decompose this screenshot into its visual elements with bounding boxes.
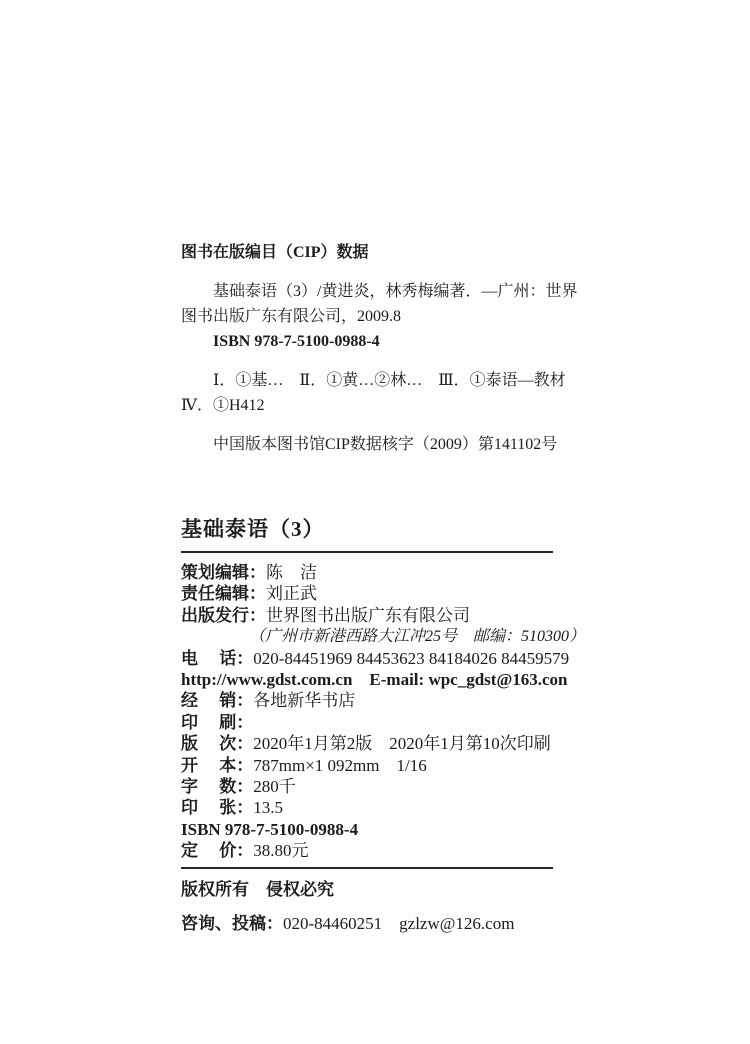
printing-row: 印 刷： <box>181 712 561 733</box>
publisher-row: 出版发行：世界图书出版广东有限公司 <box>181 605 561 626</box>
word-count-row: 字 数：280千 <box>181 776 561 797</box>
planning-editor-row: 策划编辑：陈 洁 <box>181 562 561 583</box>
price-row: 定 价：38.80元 <box>181 840 561 861</box>
cip-isbn: ISBN 978-7-5100-0988-4 <box>181 329 750 354</box>
colophon-block: 基础泰语（3） 策划编辑：陈 洁 责任编辑：刘正武 出版发行：世界图书出版广东有… <box>181 515 561 936</box>
contact-label: 咨询、投稿： <box>181 914 283 933</box>
publisher-label: 出版发行： <box>181 606 266 625</box>
book-copyright-page: 图书在版编目（CIP）数据 基础泰语（3）/黄进炎，林秀梅编著．—广州：世界 图… <box>0 0 750 1044</box>
price-rule <box>181 867 553 869</box>
distribution-row: 经 销：各地新华书店 <box>181 690 561 711</box>
website-email-row: http://www.gdst.com.cn E-mail: wpc_gdst@… <box>181 669 561 690</box>
phone-row: 电 话：020-84451969 84453623 84184026 84459… <box>181 648 561 669</box>
responsible-editor-value: 刘正武 <box>266 584 317 603</box>
price-value: 38.80元 <box>253 841 308 860</box>
word-count-label: 字 数： <box>181 777 253 796</box>
publisher-value: 世界图书出版广东有限公司 <box>266 606 470 625</box>
title-rule <box>181 551 553 553</box>
edition-label: 版 次： <box>181 734 253 753</box>
copyright-notice: 版权所有 侵权必究 <box>181 878 561 902</box>
publication-info: 策划编辑：陈 洁 责任编辑：刘正武 出版发行：世界图书出版广东有限公司 （广州市… <box>181 562 561 862</box>
sheets-value: 13.5 <box>253 798 283 817</box>
responsible-editor-label: 责任编辑： <box>181 584 266 603</box>
printing-label: 印 刷： <box>181 713 253 732</box>
edition-row: 版 次：2020年1月第2版 2020年1月第10次印刷 <box>181 733 561 754</box>
phone-value: 020-84451969 84453623 84184026 84459579 <box>253 649 569 668</box>
responsible-editor-row: 责任编辑：刘正武 <box>181 583 561 604</box>
contact-value: 020-84460251 gzlzw@126.com <box>283 914 514 933</box>
cip-block: 图书在版编目（CIP）数据 基础泰语（3）/黄进炎，林秀梅编著．—广州：世界 图… <box>181 240 750 457</box>
edition-value: 2020年1月第2版 2020年1月第10次印刷 <box>253 734 551 753</box>
cip-classification-line1: Ⅰ．①基… Ⅱ．①黄…②林… Ⅲ．①泰语—教材 <box>181 368 750 393</box>
isbn-row: ISBN 978-7-5100-0988-4 <box>181 819 561 840</box>
sheets-label: 印 张： <box>181 798 253 817</box>
planning-editor-value: 陈 洁 <box>266 563 317 582</box>
cip-entry-line1: 基础泰语（3）/黄进炎，林秀梅编著．—广州：世界 <box>181 279 750 304</box>
price-label: 定 价： <box>181 841 253 860</box>
distribution-value: 各地新华书店 <box>253 691 355 710</box>
contact-row: 咨询、投稿：020-84460251 gzlzw@126.com <box>181 912 561 936</box>
sheets-row: 印 张：13.5 <box>181 797 561 818</box>
cip-classification-line2: Ⅳ．①H412 <box>181 393 750 418</box>
word-count-value: 280千 <box>253 777 296 796</box>
format-value: 787mm×1 092mm 1/16 <box>253 756 426 775</box>
cip-header: 图书在版编目（CIP）数据 <box>181 240 750 265</box>
book-title: 基础泰语（3） <box>181 515 561 543</box>
planning-editor-label: 策划编辑： <box>181 563 266 582</box>
publisher-address: （广州市新港西路大江冲25号 邮编：510300） <box>181 626 561 647</box>
phone-label: 电 话： <box>181 649 253 668</box>
distribution-label: 经 销： <box>181 691 253 710</box>
format-row: 开 本：787mm×1 092mm 1/16 <box>181 755 561 776</box>
format-label: 开 本： <box>181 756 253 775</box>
cip-entry-line2: 图书出版广东有限公司，2009.8 <box>181 304 750 329</box>
cip-registry: 中国版本图书馆CIP数据核字（2009）第141102号 <box>181 432 750 457</box>
